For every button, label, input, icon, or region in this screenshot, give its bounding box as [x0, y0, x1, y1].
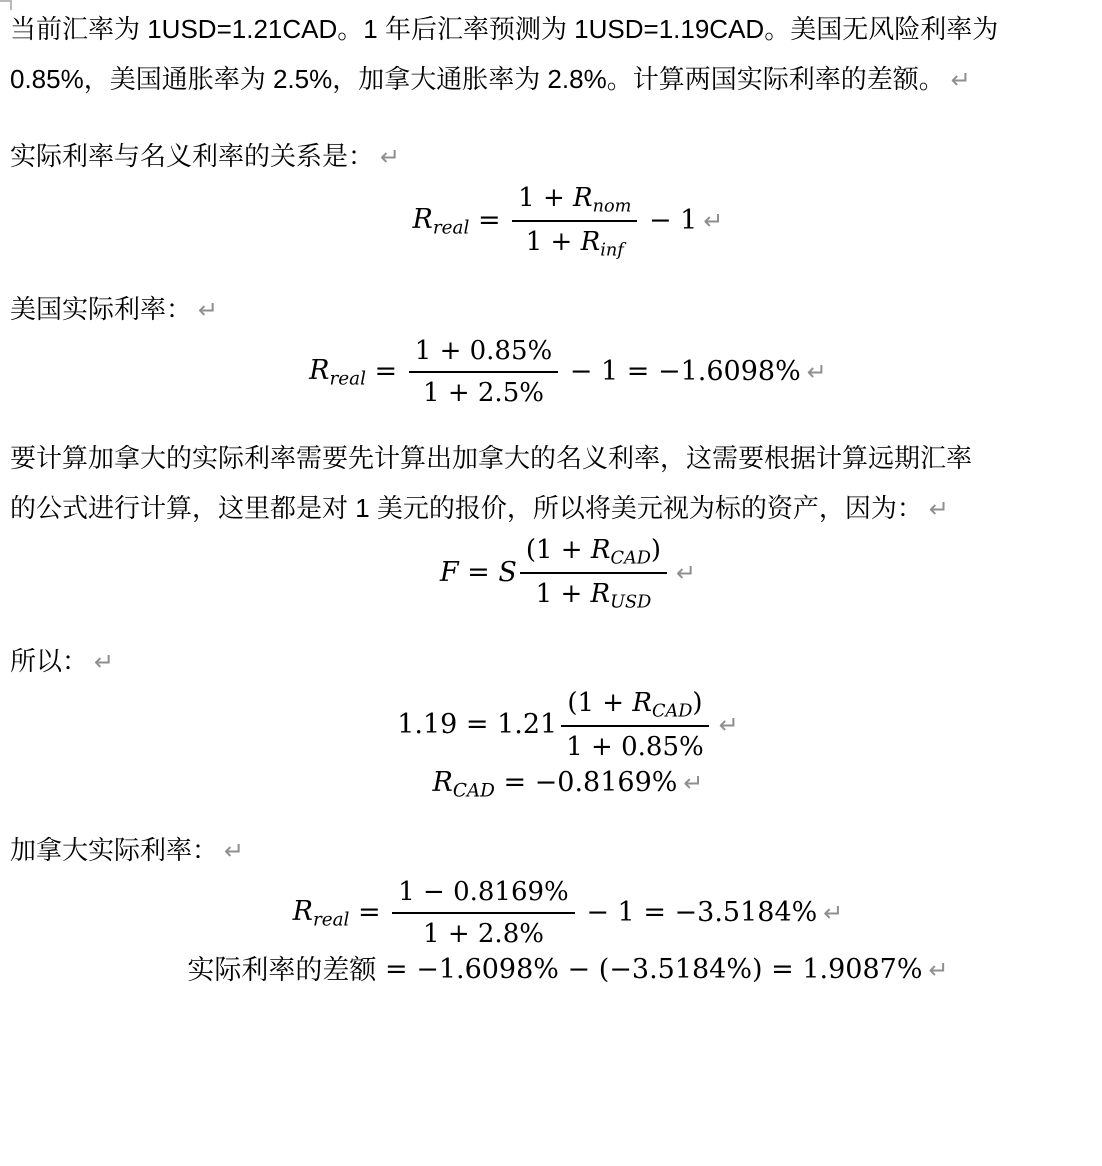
- equation: F = S(1 + RCAD)1 + RUSD: [440, 534, 670, 612]
- var-R: R: [293, 896, 313, 927]
- fraction: 1 − 0.8169%1 + 2.8%: [392, 876, 575, 950]
- math-tail: − 1 = −3.5184%: [578, 897, 818, 928]
- formula-cad-rate-result: RCAD = −0.8169% ↵: [10, 763, 1092, 803]
- denominator: 1 + 0.85%: [560, 727, 709, 763]
- problem-text-line1: 当前汇率为 1USD=1.21CAD。1 年后汇率预测为 1USD=1.19CA…: [10, 14, 998, 44]
- num-prefix: (1 +: [567, 688, 632, 718]
- den-prefix: 1 +: [536, 579, 591, 609]
- math-tail: − 1: [640, 205, 697, 236]
- paragraph-mark-icon: ↵: [951, 66, 971, 94]
- sub-CAD: CAD: [652, 701, 692, 721]
- fraction: 1 + Rnom1 + Rinf: [512, 182, 637, 260]
- paragraph-mark-icon: ↵: [683, 763, 703, 803]
- equals-sign: =: [366, 356, 406, 387]
- document-page[interactable]: 当前汇率为 1USD=1.21CAD。1 年后汇率预测为 1USD=1.19CA…: [0, 0, 1102, 1166]
- math-tail: = −1.6098% − (−3.5184%) = 1.9087%: [376, 950, 922, 990]
- paragraph-us-real-rate-label: 美国实际利率：↵: [10, 284, 1092, 335]
- canada-explain-line2: 的公式进行计算，这里都是对 1 美元的报价，所以将美元视为标的资产，因为：: [10, 493, 923, 523]
- sub-CAD: CAD: [610, 548, 650, 568]
- paragraph-relation-intro: 实际利率与名义利率的关系是：↵: [10, 131, 1092, 182]
- numerator: 1 − 0.8169%: [392, 876, 575, 914]
- equation: 实际利率的差额 = −1.6098% − (−3.5184%) = 1.9087…: [187, 950, 922, 990]
- math-lhs: Rreal: [293, 896, 350, 930]
- var-R: R: [591, 579, 611, 609]
- paragraph-mark-icon: ↵: [929, 495, 949, 523]
- den-prefix: 1 +: [526, 227, 581, 257]
- num-prefix: (1 +: [526, 535, 591, 565]
- num-suffix: ): [692, 688, 702, 718]
- formula-canada-real-rate: Rreal = 1 − 0.8169%1 + 2.8% − 1 = −3.518…: [10, 876, 1092, 950]
- math-coefficient: S: [498, 557, 517, 588]
- var-S: S: [498, 557, 517, 588]
- canada-real-rate-text: 加拿大实际利率：: [10, 835, 218, 865]
- var-R: R: [581, 227, 601, 257]
- problem-text-line2: 0.85%，美国通胀率为 2.5%，加拿大通胀率为 2.8%。计算两国实际利率的…: [10, 64, 945, 94]
- num-prefix: 1 +: [518, 183, 573, 213]
- sub-inf: inf: [600, 240, 624, 260]
- equals-sign: =: [469, 205, 509, 236]
- var-F: F: [440, 557, 459, 588]
- math-tail: − 1 = −1.6098%: [561, 356, 801, 387]
- paragraph-mark-icon: ↵: [198, 296, 218, 324]
- paragraph-mark-icon: ↵: [823, 899, 843, 927]
- formula-forward-rate: F = S(1 + RCAD)1 + RUSD ↵: [10, 534, 1092, 612]
- numerator: (1 + RCAD): [561, 687, 708, 727]
- math-lhs: RCAD: [432, 763, 494, 803]
- paragraph-mark-icon: ↵: [719, 711, 739, 739]
- var-R: R: [573, 183, 593, 213]
- paragraph-mark-icon: ↵: [94, 648, 114, 676]
- paragraph-mark-icon: ↵: [703, 207, 723, 235]
- fraction: (1 + RCAD)1 + 0.85%: [560, 687, 709, 763]
- math-lhs: F: [440, 557, 459, 588]
- paragraph-mark-icon: ↵: [676, 559, 696, 587]
- formula-rate-difference: 实际利率的差额 = −1.6098% − (−3.5184%) = 1.9087…: [10, 950, 1092, 990]
- numerator: (1 + RCAD): [520, 534, 667, 574]
- var-R: R: [309, 355, 329, 386]
- formula-solve-cad-rate: 1.19 = 1.21(1 + RCAD)1 + 0.85% ↵: [10, 687, 1092, 763]
- sub-USD: USD: [610, 592, 651, 612]
- therefore-text: 所以：: [10, 646, 88, 676]
- formula-real-nominal-relation: Rreal = 1 + Rnom1 + Rinf − 1 ↵: [10, 182, 1092, 260]
- sub-real: real: [313, 909, 349, 930]
- paragraph-therefore: 所以：↵: [10, 636, 1092, 687]
- relation-intro-text: 实际利率与名义利率的关系是：: [10, 141, 374, 171]
- var-R: R: [591, 535, 611, 565]
- numerator: 1 + 0.85%: [409, 335, 558, 373]
- equals-sign: =: [349, 897, 389, 928]
- denominator: 1 + 2.8%: [417, 914, 550, 950]
- fraction: 1 + 0.85%1 + 2.5%: [409, 335, 558, 409]
- var-R: R: [632, 688, 652, 718]
- math-tail: = −0.8169%: [495, 763, 678, 803]
- sub-CAD: CAD: [453, 780, 495, 801]
- math-lhs: Rreal: [413, 204, 470, 238]
- equation: Rreal = 1 + 0.85%1 + 2.5% − 1 = −1.6098%: [309, 335, 801, 409]
- fraction: (1 + RCAD)1 + RUSD: [520, 534, 667, 612]
- paragraph-canada-explanation: 要计算加拿大的实际利率需要先计算出加拿大的名义利率，这需要根据计算远期汇率的公式…: [10, 433, 1092, 534]
- difference-label: 实际利率的差额: [187, 950, 376, 990]
- page-corner-mark: [0, 0, 12, 10]
- denominator: 1 + 2.5%: [417, 373, 550, 409]
- num-suffix: ): [651, 535, 661, 565]
- math-lhs: Rreal: [309, 355, 366, 389]
- sub-real: real: [330, 369, 366, 390]
- equals-sign: =: [459, 557, 499, 588]
- us-real-rate-text: 美国实际利率：: [10, 294, 192, 324]
- sub-nom: nom: [593, 196, 632, 216]
- paragraph-mark-icon: ↵: [807, 358, 827, 386]
- paragraph-canada-real-rate-label: 加拿大实际利率：↵: [10, 825, 1092, 876]
- equation: Rreal = 1 + Rnom1 + Rinf − 1: [413, 182, 698, 260]
- equation: Rreal = 1 − 0.8169%1 + 2.8% − 1 = −3.518…: [293, 876, 818, 950]
- paragraph-problem-statement: 当前汇率为 1USD=1.21CAD。1 年后汇率预测为 1USD=1.19CA…: [10, 4, 1092, 105]
- paragraph-mark-icon: ↵: [928, 950, 948, 990]
- formula-us-real-rate: Rreal = 1 + 0.85%1 + 2.5% − 1 = −1.6098%…: [10, 335, 1092, 409]
- math-lhs: 1.19 = 1.21: [397, 709, 557, 740]
- canada-explain-line1: 要计算加拿大的实际利率需要先计算出加拿大的名义利率，这需要根据计算远期汇率: [10, 443, 972, 473]
- var-R: R: [432, 767, 452, 798]
- numerator: 1 + Rnom: [512, 182, 637, 222]
- sub-real: real: [433, 218, 469, 239]
- equation: 1.19 = 1.21(1 + RCAD)1 + 0.85%: [397, 687, 712, 763]
- paragraph-mark-icon: ↵: [380, 143, 400, 171]
- equation: RCAD = −0.8169%: [432, 763, 677, 803]
- paragraph-mark-icon: ↵: [224, 837, 244, 865]
- denominator: 1 + Rinf: [520, 222, 630, 260]
- var-R: R: [413, 204, 433, 235]
- denominator: 1 + RUSD: [530, 574, 658, 612]
